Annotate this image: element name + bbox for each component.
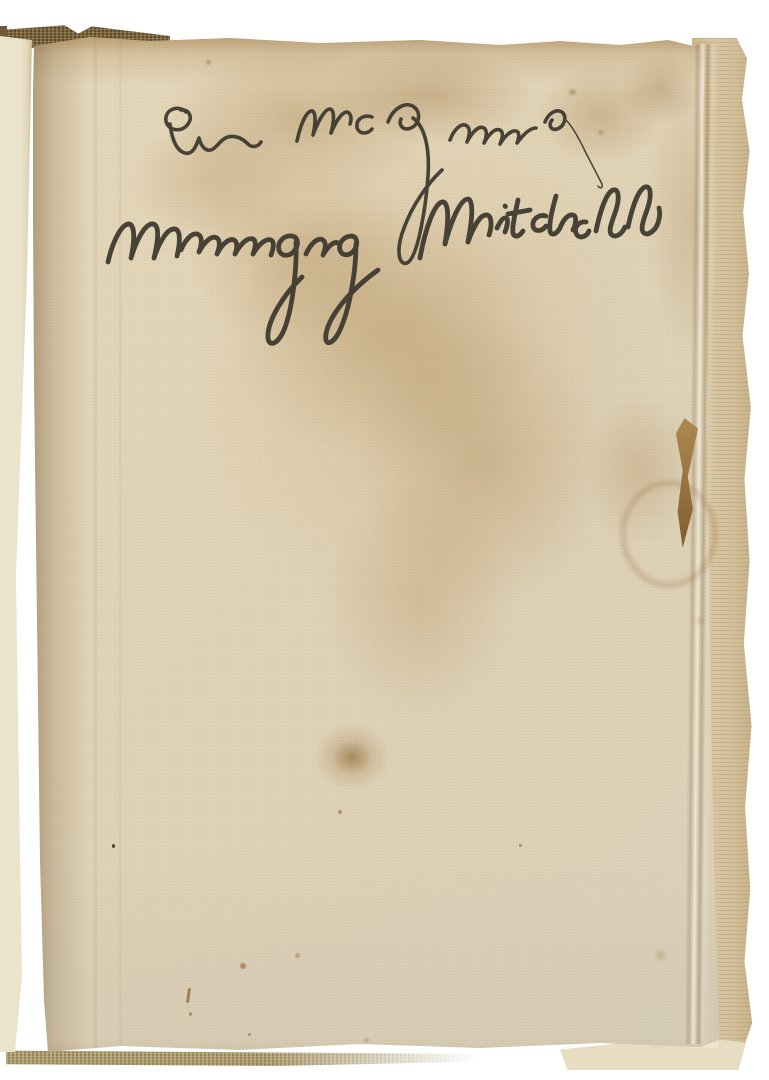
inscription-line1-pen-tail [566,120,602,188]
book-endpaper-photo [0,0,769,1080]
inscription-line-2-signature [108,187,660,344]
inscription-line2-path [108,187,660,344]
handwritten-inscription [0,0,769,1080]
